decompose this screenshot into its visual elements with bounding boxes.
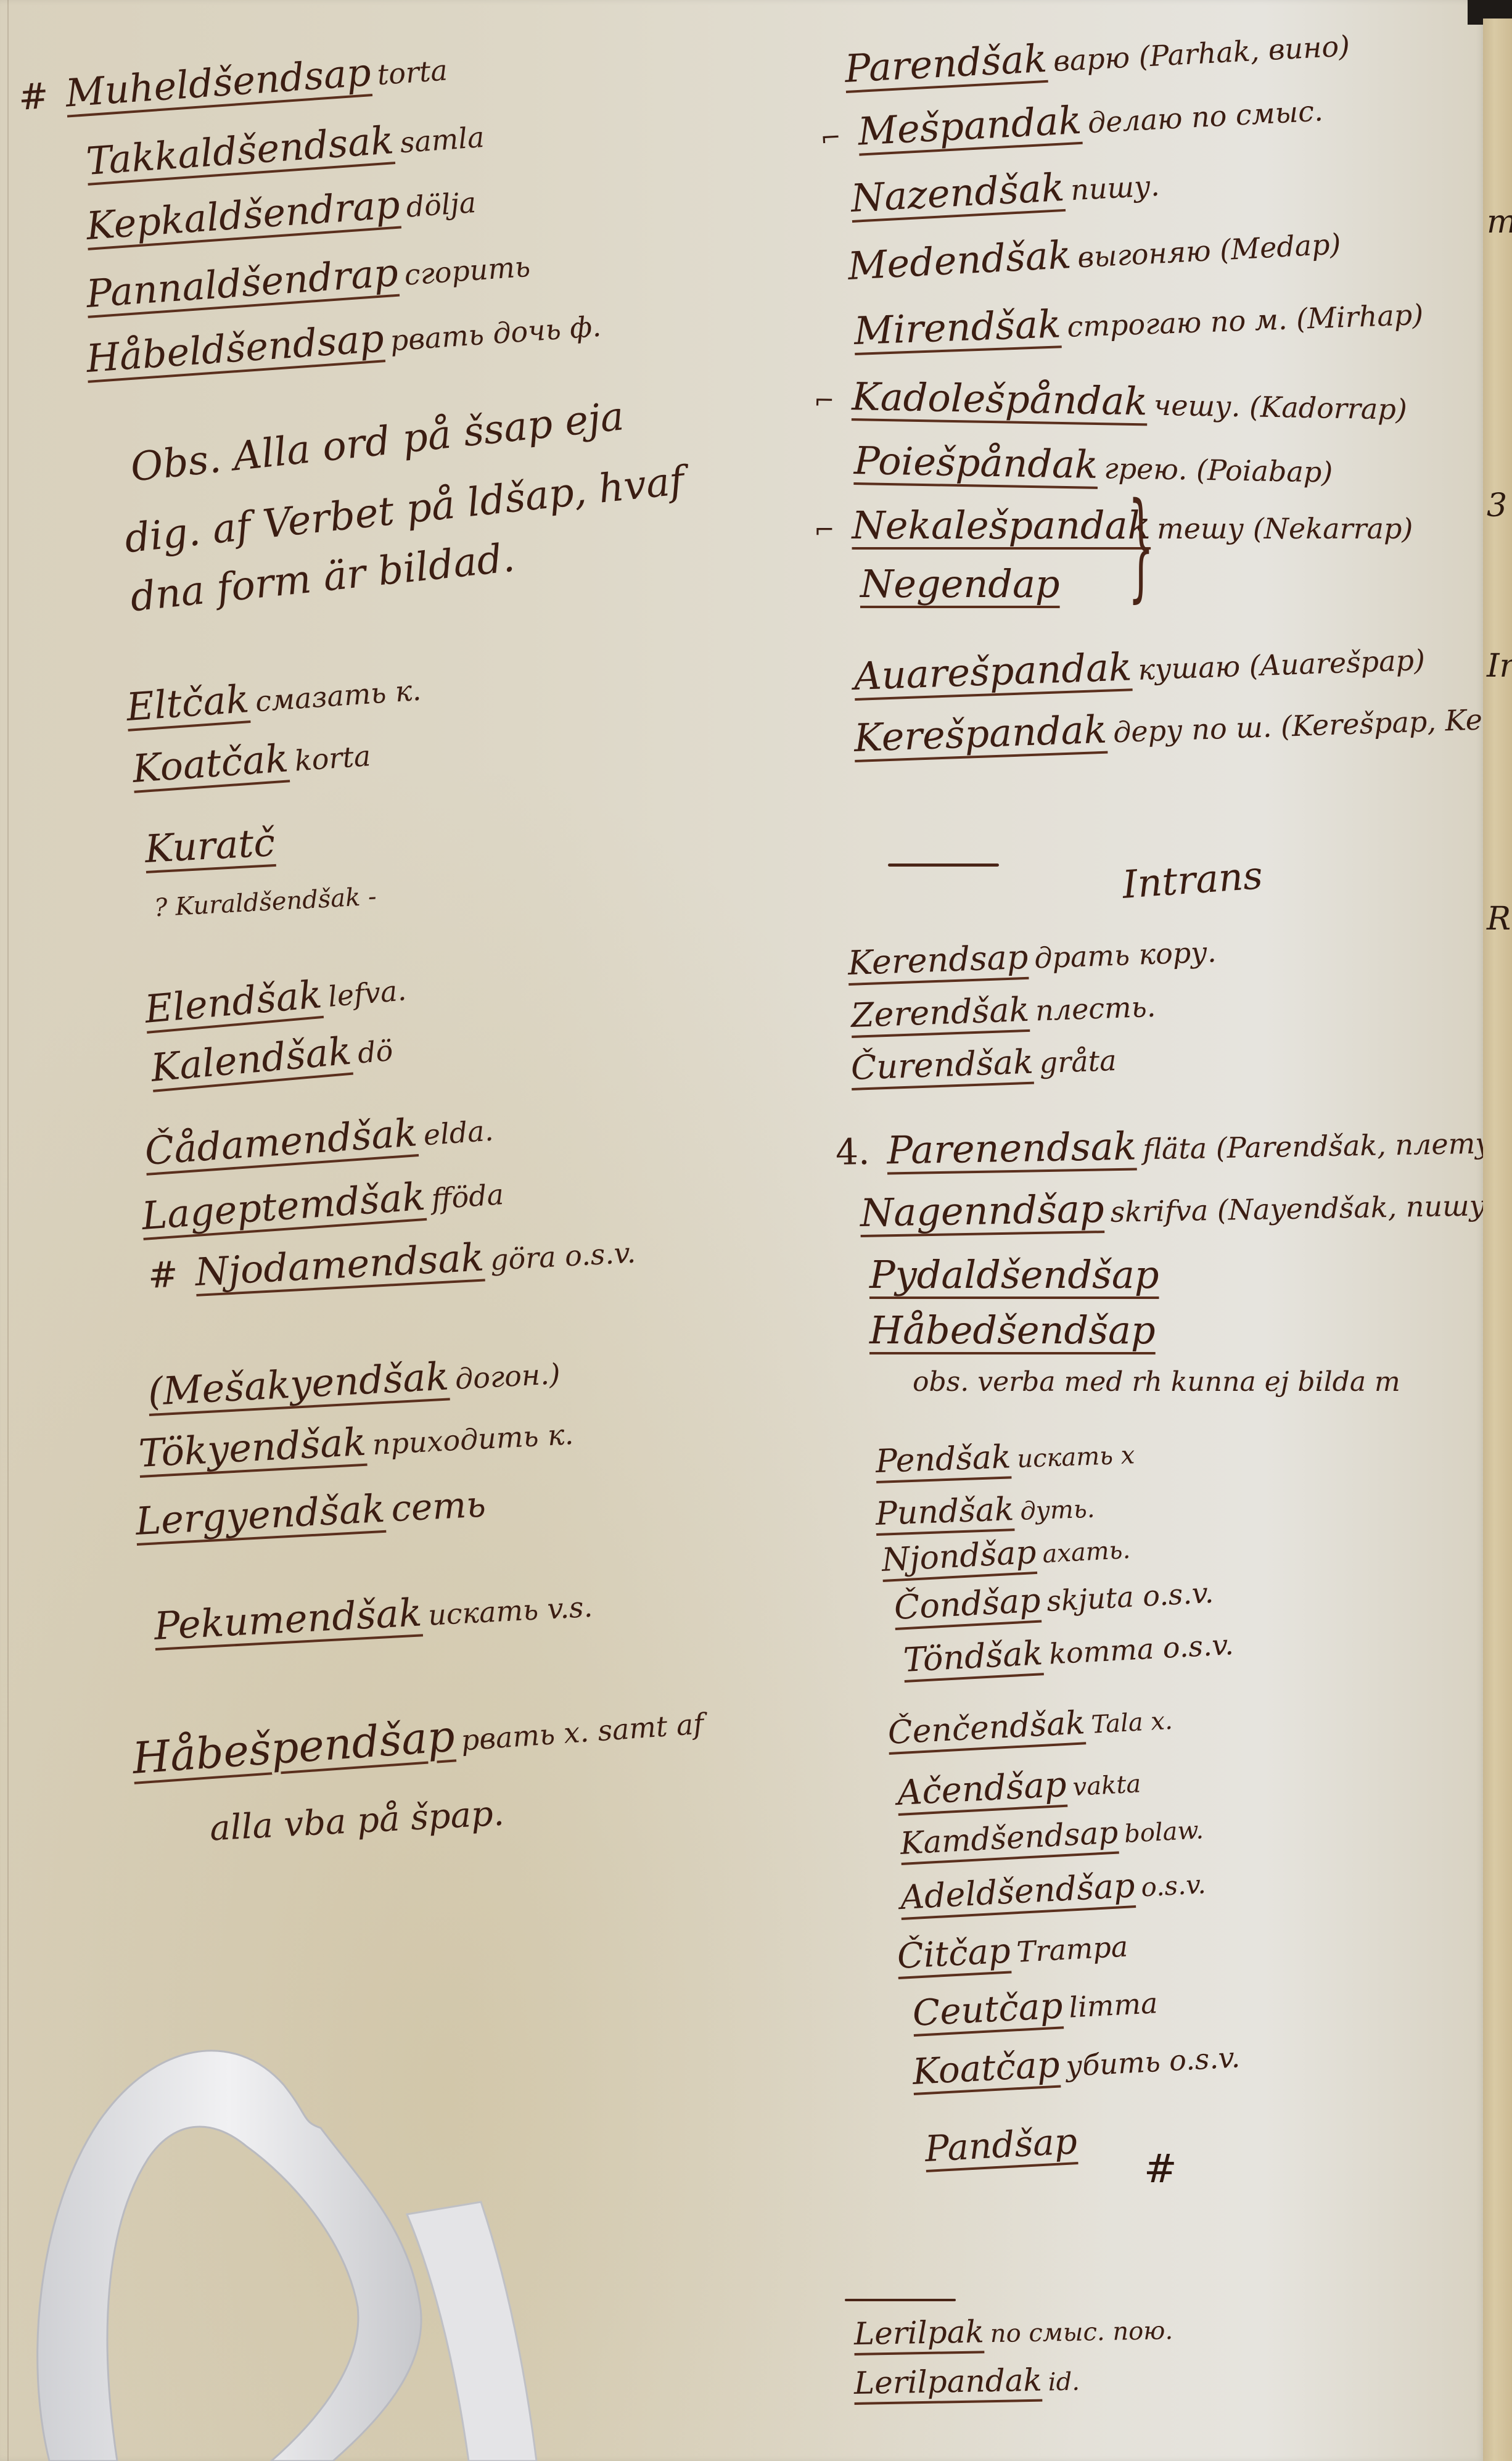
left-entry-1: #Muheldšendsaptorta bbox=[17, 44, 448, 118]
brace-icon: } bbox=[1128, 487, 1154, 604]
right-entry-parenendsak: 4.Parenendsakfläta (Parendšak, плету) bbox=[835, 1117, 1503, 1174]
right-entry-zerendsak: Zerendšakплесть. bbox=[850, 986, 1156, 1035]
left-entry-lergyendsak: Lergyendšakсеть bbox=[134, 1480, 487, 1544]
right-entry-lerilpak: Lerilpakпо смыс. пою. bbox=[853, 2311, 1173, 2352]
right-entry-auarespandak: Auarešpandakкушаю (Auarešpap) bbox=[853, 634, 1426, 699]
right-entry-nekalespandak: ⌐Nekalešpandakтешу (Nekarrap) bbox=[814, 503, 1413, 548]
left-entry-habespendsap: Håbešpendšapрвать х. samt af bbox=[131, 1693, 705, 1784]
manuscript-page: #Muheldšendsaptorta Takkaldšendsaksamla … bbox=[0, 0, 1485, 2461]
right-entry-condsap: Čondšapskjuta o.s.v. bbox=[893, 1572, 1214, 1627]
end-hash-mark-icon: # bbox=[1144, 2146, 1177, 2192]
left-entry-4: Pannaldšendrapсгорить bbox=[84, 241, 531, 316]
right-entry-acendsap: Ačendšapvakta bbox=[896, 1760, 1141, 1813]
right-entry-pendsak: Pendšakискать x bbox=[875, 1434, 1135, 1480]
left-entry-medakyendsak: (Mešakyendšakдогон.) bbox=[147, 1348, 561, 1414]
left-entry-njodamendsak: #Njodamendsakgöra o.s.v. bbox=[147, 1227, 636, 1297]
left-entry-kalendsak: Kalendšakdö bbox=[149, 1024, 395, 1090]
left-entry-cadamendsak: Čådamendšakelda. bbox=[143, 1105, 495, 1174]
right-entry-pundsak: Pundšakдуть. bbox=[875, 1488, 1095, 1533]
left-entry-pekumendsak: Pekumendšakискать v.s. bbox=[153, 1581, 593, 1649]
left-entry-lageptemdsak: Lageptemdšakfföda bbox=[140, 1168, 504, 1239]
left-entry-koatcak: Koatčakkorta bbox=[131, 730, 372, 791]
right-entry-cencendsak: ČenčendšakTala x. bbox=[887, 1700, 1173, 1752]
left-entry-5: Håbeldšendsapрвать дочь ф. bbox=[84, 300, 602, 381]
right-entry-njondsap: Njondšapахать. bbox=[881, 1529, 1131, 1579]
right-entry-ceutcap: Ceutčaplimma bbox=[911, 1979, 1159, 2034]
query-line: ? Kuraldšendšak - bbox=[154, 883, 377, 923]
right-entry-pandsap: Pandšap bbox=[924, 2120, 1078, 2170]
section-divider bbox=[888, 864, 999, 867]
hash-mark-icon: # bbox=[147, 1253, 179, 1296]
bottom-divider bbox=[845, 2299, 956, 2301]
left-entry-2: Takkaldšendsaksamla bbox=[84, 111, 485, 184]
right-entry-adeldsendsap: Adeldšendšapo.s.v. bbox=[899, 1862, 1206, 1917]
left-entry-tokyendsak: Tökyendšakприходить к. bbox=[138, 1408, 574, 1476]
right-entry-kadolespandak: ⌐Kadolešpåndakчешу. (Kadorrap) bbox=[813, 373, 1407, 429]
final-note: alla vba på špap. bbox=[209, 1794, 505, 1849]
right-entry-lerilpandak: Lerilpandakid. bbox=[853, 2362, 1080, 2401]
right-entry-citcap: ČitčapTrampa bbox=[896, 1924, 1128, 1977]
right-entry-mespandak: ⌐Mešpandakделаю по смыс. bbox=[819, 85, 1324, 156]
next-page-edge: m 3 In Re bbox=[1483, 19, 1512, 2461]
left-entry-eltcak: Eltčakсмазать к. bbox=[125, 664, 422, 730]
right-entry-kerendsap: Kerendsapдрать кору. bbox=[847, 931, 1217, 983]
right-entry-koatcap: Koatčapубить o.s.v. bbox=[911, 2034, 1241, 2093]
right-entry-kamdsendsap: Kamdšendsapbolaw. bbox=[899, 1810, 1204, 1861]
right-entry-habedsendsap: Håbedšendšap bbox=[869, 1308, 1156, 1353]
right-entry-poiespandak: Poiešpåndakгрею. (Poiabap) bbox=[853, 438, 1333, 492]
right-entry-pydaldsendsap: Pydaldšendšap bbox=[869, 1252, 1159, 1297]
right-entry-kerespandak: Kerešpandakдеру по ш. (Kerešpap, Kerap) bbox=[853, 691, 1512, 761]
right-entry-negendap: Negendap bbox=[860, 561, 1060, 606]
hash-mark-icon: # bbox=[17, 75, 50, 118]
left-entry-kuratc: Kuratč bbox=[144, 820, 276, 872]
right-entry-parendsak: Parendšakварю (Parhak, вино) bbox=[844, 20, 1350, 91]
right-entry-nazendsak: Nazendšakпишу. bbox=[850, 160, 1161, 221]
ribbon-bookmark-icon bbox=[12, 2017, 629, 2461]
right-entry-tondsak: Töndšakkomma o.s.v. bbox=[902, 1623, 1235, 1680]
page-edge bbox=[7, 0, 9, 2461]
section-title-intrans: Intrans bbox=[1121, 852, 1264, 907]
right-entry-mirendsak: Mirendšakстрогаю по м. (Mirhap) bbox=[853, 289, 1424, 353]
left-entry-3: Kepkaldšendrapdölja bbox=[84, 176, 477, 249]
left-entry-elendsak: Elendšaklefva. bbox=[143, 964, 408, 1032]
right-entry-curendsak: Čurendšakgråta bbox=[850, 1039, 1117, 1087]
right-entry-nagenndsap: Nagenndšapskrifva (Nayendšak, пишу) bbox=[860, 1179, 1497, 1235]
right-entry-medendsak: Medendšakвыгоняю (Medap) bbox=[847, 218, 1342, 289]
verb-note: obs. verba med rh kunna ej bilda m bbox=[913, 1366, 1400, 1398]
